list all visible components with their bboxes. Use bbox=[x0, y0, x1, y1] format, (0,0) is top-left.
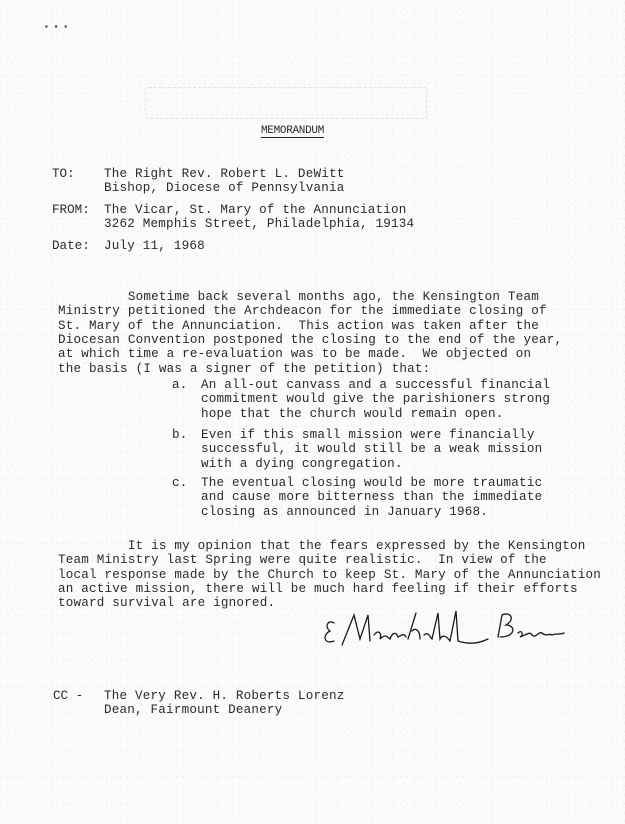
cc-label: CC - bbox=[53, 689, 83, 703]
point-marker: b. bbox=[172, 428, 188, 442]
paragraph-1-line: St. Mary of the Annunciation. This actio… bbox=[58, 319, 539, 333]
signature bbox=[320, 605, 570, 655]
from-line-2: 3262 Memphis Street, Philadelphia, 19134 bbox=[104, 217, 414, 231]
point-text-line: hope that the church would remain open. bbox=[201, 407, 504, 421]
point-text-line: successful, it would still be a weak mis… bbox=[201, 442, 542, 456]
paragraph-2-line: toward survival are ignored. bbox=[58, 596, 275, 610]
paragraph-2-line: It is my opinion that the fears expresse… bbox=[58, 539, 586, 553]
paragraph-1-line: Sometime back several months ago, the Ke… bbox=[58, 290, 539, 304]
paragraph-1-line: the basis (I was a signer of the petitio… bbox=[58, 362, 430, 376]
point-marker: a. bbox=[172, 378, 188, 392]
point-text-line: Even if this small mission were financia… bbox=[201, 428, 535, 442]
paragraph-2-line: local response made by the Church to kee… bbox=[58, 568, 601, 582]
to-line-1: The Right Rev. Robert L. DeWitt bbox=[104, 167, 344, 181]
paragraph-2-line: Team Ministry last Spring were quite rea… bbox=[58, 553, 547, 567]
point-text-line: and cause more bitterness than the immed… bbox=[201, 490, 542, 504]
paragraph-2-line: an active mission, there will be much ha… bbox=[58, 582, 578, 596]
point-text-line: An all-out canvass and a successful fina… bbox=[201, 378, 550, 392]
from-line-1: The Vicar, St. Mary of the Annunciation bbox=[104, 203, 407, 217]
point-text-line: commitment would give the parishioners s… bbox=[201, 392, 550, 406]
memo-title: MEMORANDUM bbox=[261, 125, 324, 138]
scan-specks: ▪ ▪ ▪ bbox=[44, 23, 68, 32]
to-line-2: Bishop, Diocese of Pennsylvania bbox=[104, 181, 344, 195]
from-label: FROM: bbox=[52, 203, 90, 217]
cc-line-1: The Very Rev. H. Roberts Lorenz bbox=[104, 689, 344, 703]
point-text-line: The eventual closing would be more traum… bbox=[201, 476, 542, 490]
point-text-line: closing as announced in January 1968. bbox=[201, 505, 488, 519]
date-label: Date: bbox=[52, 239, 90, 253]
paragraph-1-line: Ministry petitioned the Archdeacon for t… bbox=[58, 304, 547, 318]
to-label: TO: bbox=[52, 167, 75, 181]
point-marker: c. bbox=[172, 476, 188, 490]
paragraph-1-line: at which time a re-evaluation was to be … bbox=[58, 347, 531, 361]
cc-line-2: Dean, Fairmount Deanery bbox=[104, 703, 282, 717]
paragraph-1-line: Diocesan Convention postponed the closin… bbox=[58, 333, 562, 347]
faded-letterhead bbox=[145, 87, 427, 119]
point-text-line: with a dying congregation. bbox=[201, 457, 403, 471]
date-value: July 11, 1968 bbox=[104, 239, 205, 253]
